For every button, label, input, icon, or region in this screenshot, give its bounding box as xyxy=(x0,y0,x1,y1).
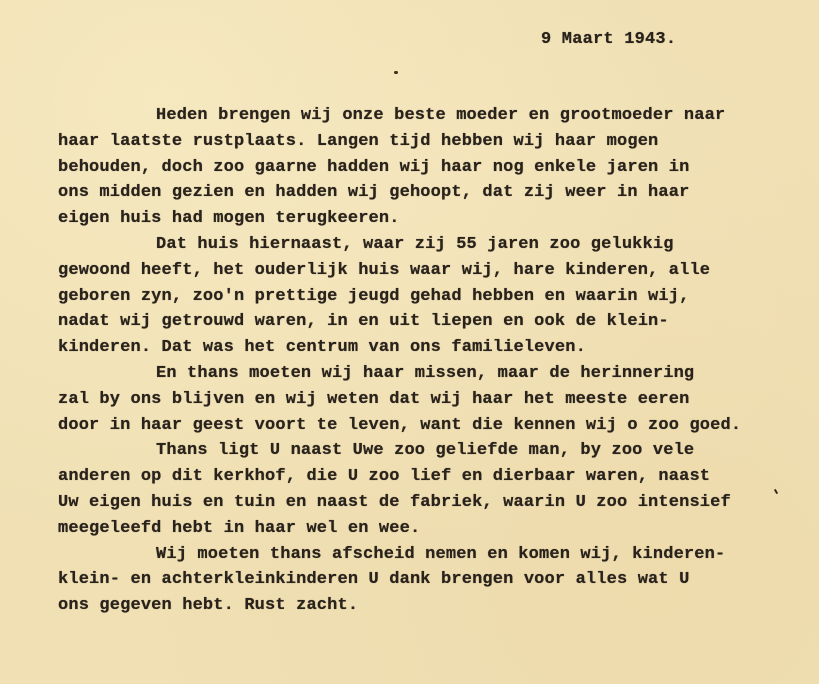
paragraph-1-line-4: ons midden gezien en hadden wij gehoopt,… xyxy=(58,180,741,206)
letter-date: 9 Maart 1943. xyxy=(541,30,676,49)
paragraph-5-line-1: Wij moeten thans afscheid nemen en komen… xyxy=(58,542,741,568)
paragraph-2-line-4: nadat wij getrouwd waren, in en uit liep… xyxy=(58,309,741,335)
paragraph-1-line-3: behouden, doch zoo gaarne hadden wij haa… xyxy=(58,155,741,181)
paper-mark xyxy=(774,489,778,494)
paragraph-4-line-3: Uw eigen huis en tuin en naast de fabrie… xyxy=(58,490,741,516)
paragraph-2-line-1: Dat huis hiernaast, waar zij 55 jaren zo… xyxy=(58,232,741,258)
paragraph-5-line-2: klein- en achterkleinkinderen U dank bre… xyxy=(58,567,741,593)
paragraph-2-line-5: kinderen. Dat was het centrum van ons fa… xyxy=(58,335,741,361)
paragraph-1-line-1: Heden brengen wij onze beste moeder en g… xyxy=(58,103,741,129)
paragraph-3-line-3: door in haar geest voort te leven, want … xyxy=(58,413,741,439)
paragraph-4-line-2: anderen op dit kerkhof, die U zoo lief e… xyxy=(58,464,741,490)
paragraph-2-line-2: gewoond heeft, het ouderlijk huis waar w… xyxy=(58,258,741,284)
paper-speck xyxy=(394,71,398,74)
paragraph-3-line-2: zal by ons blijven en wij weten dat wij … xyxy=(58,387,741,413)
paragraph-1-line-5: eigen huis had mogen terugkeeren. xyxy=(58,206,741,232)
paragraph-2-line-3: geboren zyn, zoo'n prettige jeugd gehad … xyxy=(58,284,741,310)
letter-body: Heden brengen wij onze beste moeder en g… xyxy=(58,103,741,619)
paragraph-4-line-4: meegeleefd hebt in haar wel en wee. xyxy=(58,516,741,542)
paragraph-1-line-2: haar laatste rustplaats. Langen tijd heb… xyxy=(58,129,741,155)
paragraph-5-line-3: ons gegeven hebt. Rust zacht. xyxy=(58,593,741,619)
typewritten-letter: 9 Maart 1943. Heden brengen wij onze bes… xyxy=(0,0,819,684)
paragraph-3-line-1: En thans moeten wij haar missen, maar de… xyxy=(58,361,741,387)
paragraph-4-line-1: Thans ligt U naast Uwe zoo geliefde man,… xyxy=(58,438,741,464)
